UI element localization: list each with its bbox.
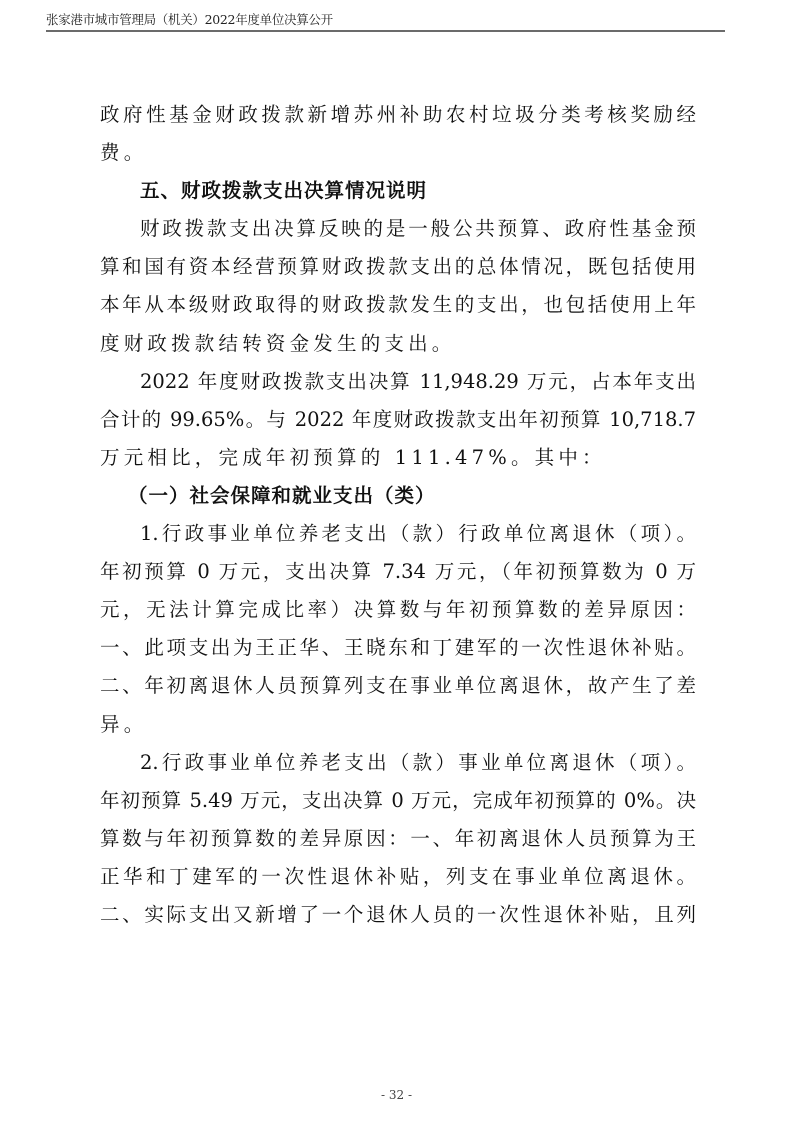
body-line: 异。 bbox=[100, 706, 696, 744]
body-line: 算和国有资本经营预算财政拨款支出的总体情况，既包括使用 bbox=[100, 248, 696, 286]
body-line: 2022 年度财政拨款支出决算 11,948.29 万元，占本年支出 bbox=[100, 363, 696, 401]
body-line: 合计的 99.65%。与 2022 年度财政拨款支出年初预算 10,718.7 bbox=[100, 401, 696, 439]
body-line: 二、年初离退休人员预算列支在事业单位离退休，故产生了差 bbox=[100, 667, 696, 705]
subsection-heading: （一）社会保障和就业支出（类） bbox=[100, 477, 696, 515]
body-line: 一、此项支出为王正华、王晓东和丁建军的一次性退休补贴。 bbox=[100, 629, 696, 667]
body-line: 万元相比，完成年初预算的 111.47%。其中： bbox=[100, 439, 696, 477]
body-line: 2.行政事业单位养老支出（款）事业单位离退休（项）。 bbox=[100, 744, 696, 782]
body-line: 政府性基金财政拨款新增苏州补助农村垃圾分类考核奖励经 bbox=[100, 96, 696, 134]
header-title: 张家港市城市管理局（机关）2022年度单位决算公开 bbox=[46, 10, 333, 28]
body-line: 二、实际支出又新增了一个退休人员的一次性退休补贴，且列 bbox=[100, 896, 696, 934]
body-line: 1.行政事业单位养老支出（款）行政单位离退休（项）。 bbox=[100, 515, 696, 553]
document-body: 政府性基金财政拨款新增苏州补助农村垃圾分类考核奖励经 费。 五、财政拨款支出决算… bbox=[100, 96, 696, 934]
body-line: 元，无法计算完成比率）决算数与年初预算数的差异原因： bbox=[100, 591, 696, 629]
page-number: - 32 - bbox=[0, 1088, 793, 1102]
body-line: 年初预算 5.49 万元，支出决算 0 万元，完成年初预算的 0%。决 bbox=[100, 782, 696, 820]
body-line: 度财政拨款结转资金发生的支出。 bbox=[100, 325, 696, 363]
page-header: 张家港市城市管理局（机关）2022年度单位决算公开 bbox=[46, 8, 725, 32]
body-line: 财政拨款支出决算反映的是一般公共预算、政府性基金预 bbox=[100, 210, 696, 248]
section-heading: 五、财政拨款支出决算情况说明 bbox=[100, 172, 696, 210]
body-line: 算数与年初预算数的差异原因：一、年初离退休人员预算为王 bbox=[100, 820, 696, 858]
body-line: 年初预算 0 万元，支出决算 7.34 万元，（年初预算数为 0 万 bbox=[100, 553, 696, 591]
body-line: 费。 bbox=[100, 134, 696, 172]
body-line: 正华和丁建军的一次性退休补贴，列支在事业单位离退休。 bbox=[100, 858, 696, 896]
body-line: 本年从本级财政取得的财政拨款发生的支出，也包括使用上年 bbox=[100, 286, 696, 324]
